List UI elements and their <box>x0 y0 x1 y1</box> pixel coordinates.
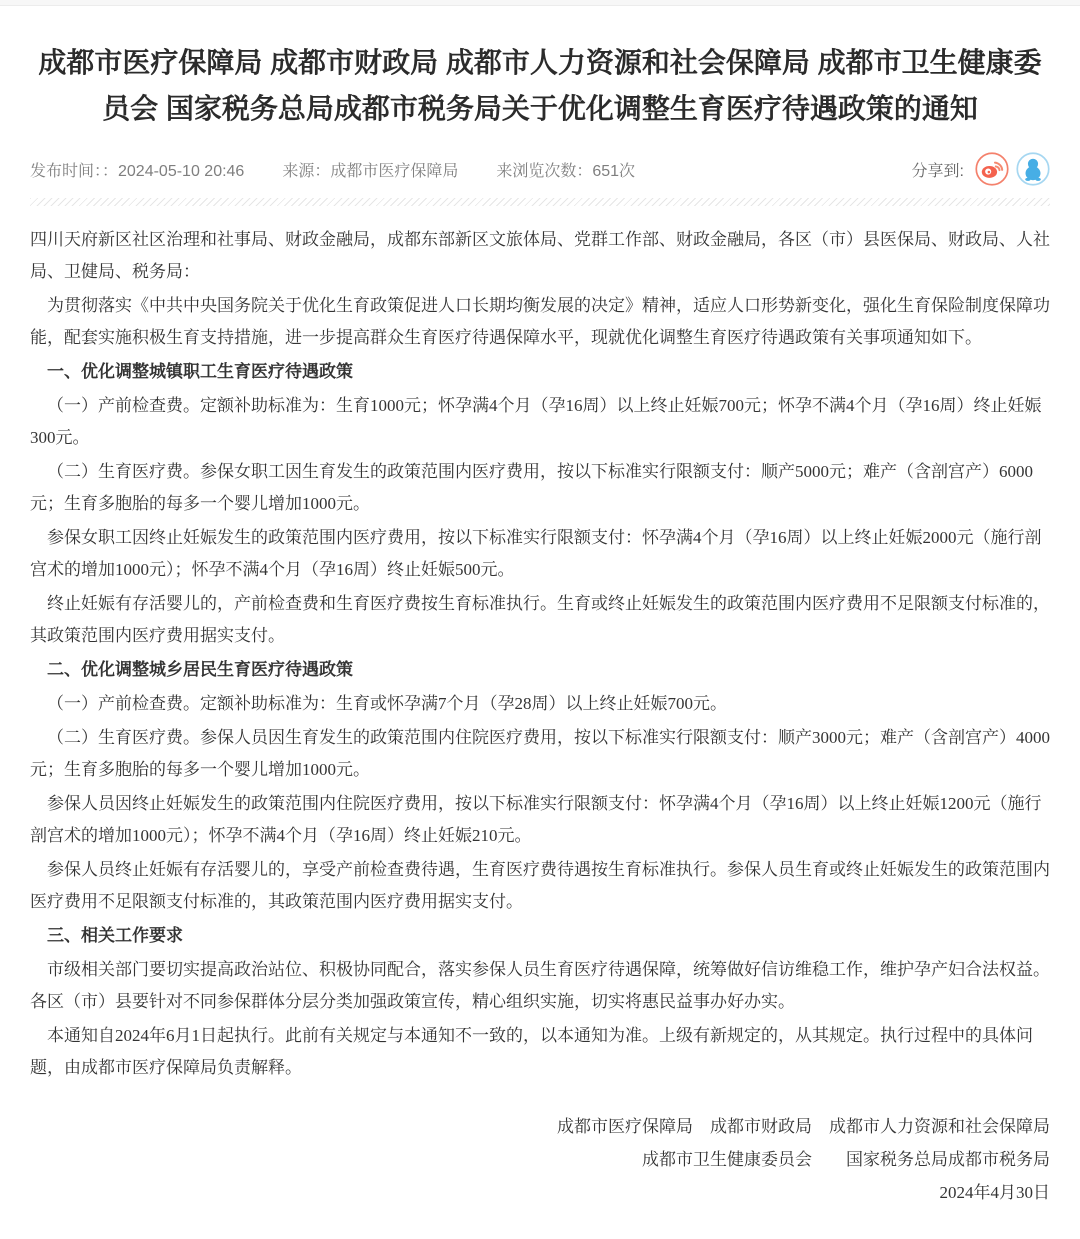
view-count: 来浏览次数：651次 <box>496 158 635 181</box>
section-heading-3: 三、相关工作要求 <box>30 920 1050 952</box>
article-meta-bar: 发布时间：：2024-05-10 20:46 来源：成都市医疗保障局 来浏览次数… <box>30 150 1050 188</box>
share-qq-button[interactable] <box>1016 152 1050 186</box>
signature-block: 成都市医疗保障局 成都市财政局 成都市人力资源和社会保障局 成都市卫生健康委员会… <box>30 1110 1050 1209</box>
qq-penguin-icon <box>1016 152 1050 186</box>
article-paragraph: 市级相关部门要切实提高政治站位、积极协同配合，落实参保人员生育医疗待遇保障，统筹… <box>30 954 1050 1018</box>
article-paragraph: （二）生育医疗费。参保女职工因生育发生的政策范围内医疗费用，按以下标准实行限额支… <box>30 456 1050 520</box>
article-paragraph: 本通知自2024年6月1日起执行。此前有关规定与本通知不一致的，以本通知为准。上… <box>30 1020 1050 1084</box>
section-heading-2: 二、优化调整城乡居民生育医疗待遇政策 <box>30 654 1050 686</box>
article-paragraph: 为贯彻落实《中共中央国务院关于优化生育政策促进人口长期均衡发展的决定》精神，适应… <box>30 290 1050 354</box>
article-paragraph: 终止妊娠有存活婴儿的，产前检查费和生育医疗费按生育标准执行。生育或终止妊娠发生的… <box>30 588 1050 652</box>
article-paragraph: 参保人员终止妊娠有存活婴儿的，享受产前检查费待遇，生育医疗费待遇按生育标准执行。… <box>30 854 1050 918</box>
share-label: 分享到: <box>912 158 964 181</box>
article-body: 四川天府新区社区治理和社事局、财政金融局，成都东部新区文旅体局、党群工作部、财政… <box>30 224 1050 1084</box>
signature-date: 2024年4月30日 <box>30 1176 1050 1209</box>
notice-article: 成都市医疗保障局 成都市财政局 成都市人力资源和社会保障局 成都市卫生健康委员会… <box>0 40 1080 1239</box>
page-top-border <box>0 0 1080 6</box>
share-bar: 分享到: <box>912 152 1050 186</box>
article-paragraph: （一）产前检查费。定额补助标准为：生育1000元；怀孕满4个月（孕16周）以上终… <box>30 390 1050 454</box>
share-weibo-button[interactable] <box>975 152 1009 186</box>
salutation-line: 四川天府新区社区治理和社事局、财政金融局，成都东部新区文旅体局、党群工作部、财政… <box>30 224 1050 288</box>
hatched-divider <box>30 198 1050 206</box>
section-heading-1: 一、优化调整城镇职工生育医疗待遇政策 <box>30 356 1050 388</box>
article-paragraph: 参保人员因终止妊娠发生的政策范围内住院医疗费用，按以下标准实行限额支付：怀孕满4… <box>30 788 1050 852</box>
meta-info: 发布时间：：2024-05-10 20:46 来源：成都市医疗保障局 来浏览次数… <box>30 158 635 181</box>
article-paragraph: 参保女职工因终止妊娠发生的政策范围内医疗费用，按以下标准实行限额支付：怀孕满4个… <box>30 522 1050 586</box>
article-source: 来源：成都市医疗保障局 <box>282 158 458 181</box>
page-title: 成都市医疗保障局 成都市财政局 成都市人力资源和社会保障局 成都市卫生健康委员会… <box>30 40 1050 132</box>
article-paragraph: （一）产前检查费。定额补助标准为：生育或怀孕满7个月（孕28周）以上终止妊娠70… <box>30 688 1050 720</box>
weibo-icon <box>975 152 1009 186</box>
publish-time: 发布时间：：2024-05-10 20:46 <box>30 158 244 181</box>
article-paragraph: （二）生育医疗费。参保人员因生育发生的政策范围内住院医疗费用，按以下标准实行限额… <box>30 722 1050 786</box>
signature-line: 成都市卫生健康委员会 国家税务总局成都市税务局 <box>30 1143 1050 1176</box>
signature-line: 成都市医疗保障局 成都市财政局 成都市人力资源和社会保障局 <box>30 1110 1050 1143</box>
